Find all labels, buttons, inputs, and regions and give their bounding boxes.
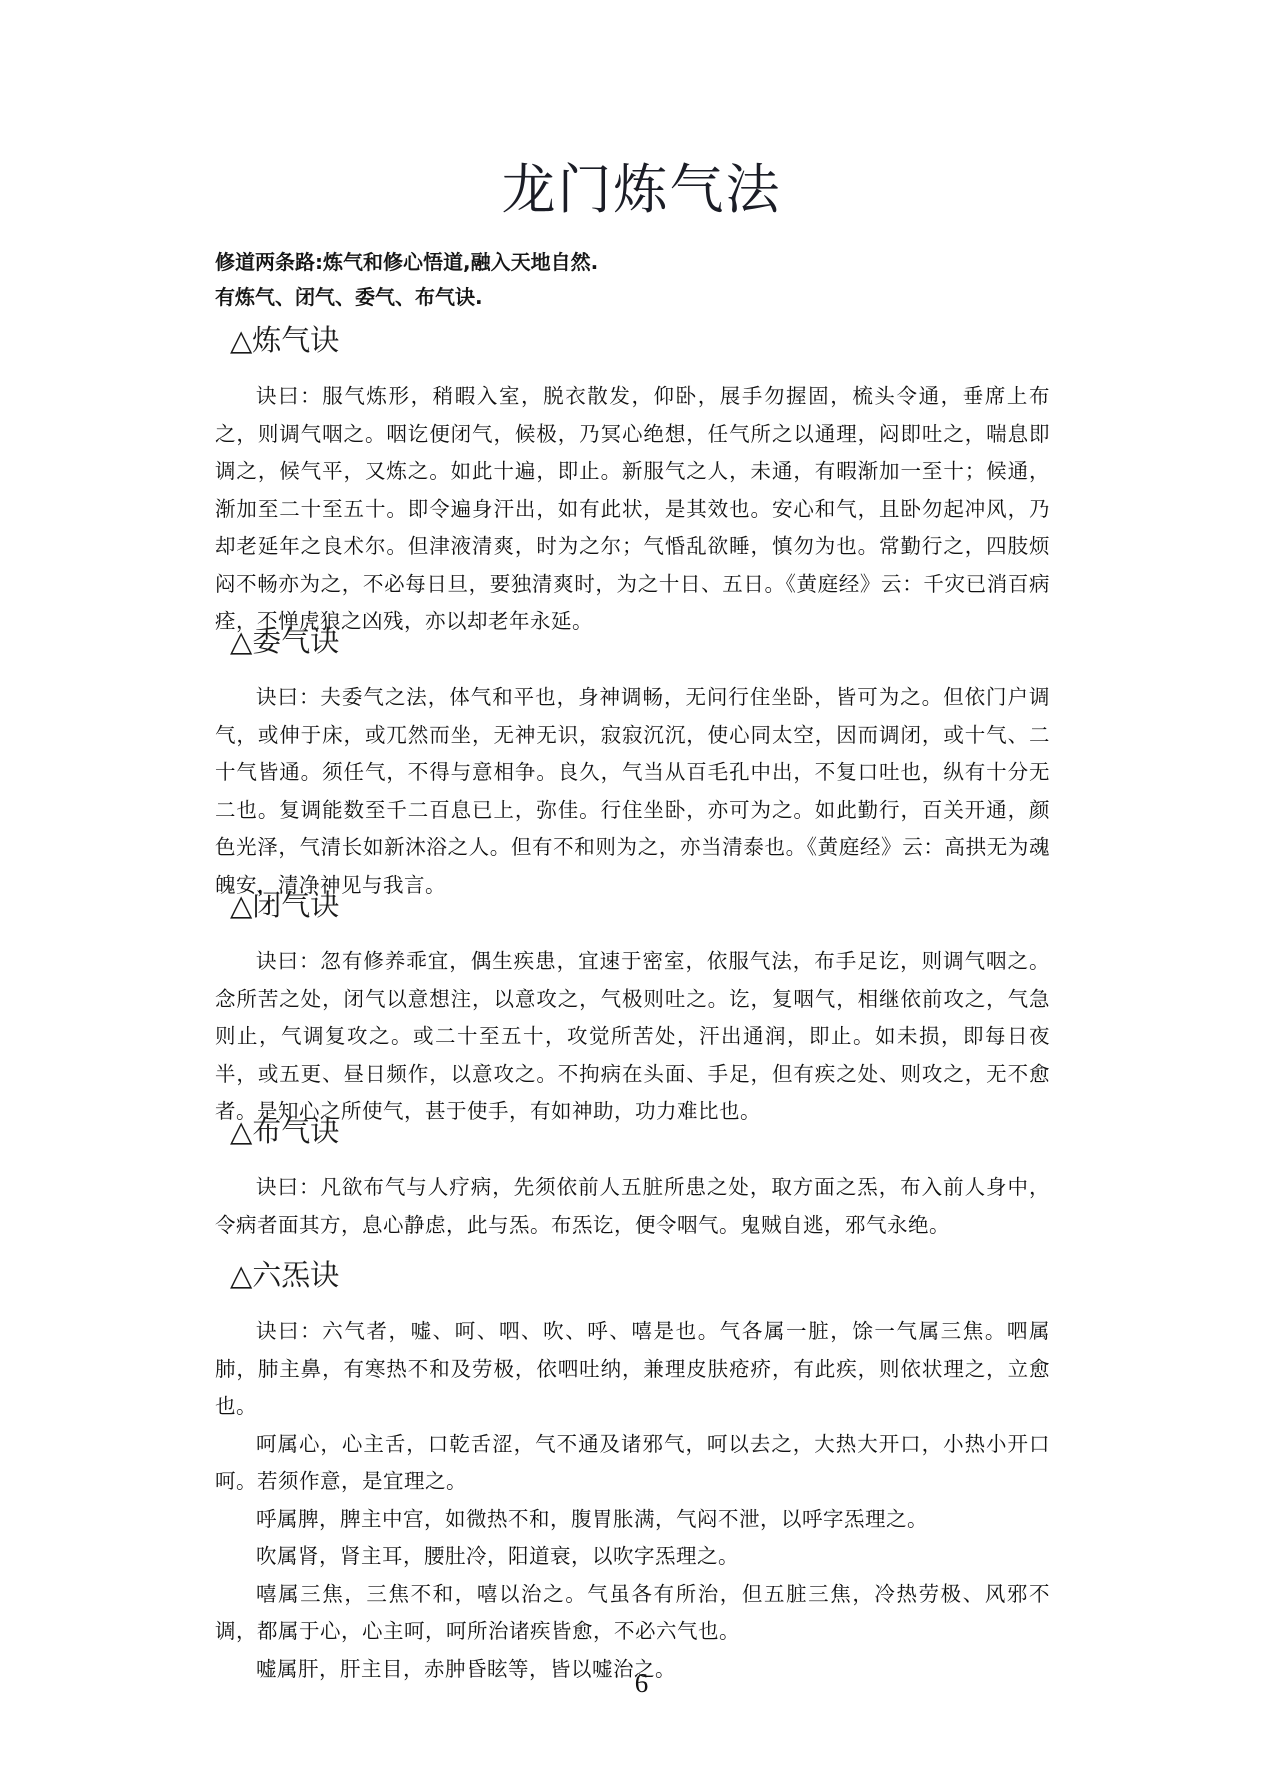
- paragraph: 诀曰：服气炼形，稍暇入室，脱衣散发，仰卧，展手勿握固，梳头令通，垂席上布之，则调…: [215, 378, 1050, 641]
- section-lianqi: △炼气诀 诀曰：服气炼形，稍暇入室，脱衣散发，仰卧，展手勿握固，梳头令通，垂席上…: [215, 320, 1050, 641]
- paragraph: 吹属肾，肾主耳，腰肚冷，阳道衰，以吹字炁理之。: [215, 1538, 1050, 1576]
- section-body: 诀曰：六气者，嘘、呵、呬、吹、呼、嘻是也。气各属一脏，馀一气属三焦。呬属肺，肺主…: [215, 1313, 1050, 1688]
- intro-line: 有炼气、闭气、委气、布气诀.: [215, 280, 1115, 315]
- document-page: 龙门炼气法 修道两条路:炼气和修心悟道,融入天地自然. 有炼气、闭气、委气、布气…: [0, 0, 1283, 1788]
- section-weiqi: △委气诀 诀曰：夫委气之法，体气和平也，身神调畅，无问行住坐卧，皆可为之。但依门…: [215, 621, 1050, 904]
- section-heading: △布气诀: [230, 1111, 1050, 1151]
- section-body: 诀曰：服气炼形，稍暇入室，脱衣散发，仰卧，展手勿握固，梳头令通，垂席上布之，则调…: [215, 378, 1050, 641]
- intro-line: 修道两条路:炼气和修心悟道,融入天地自然.: [215, 245, 1115, 280]
- page-title: 龙门炼气法: [0, 160, 1283, 220]
- intro-block: 修道两条路:炼气和修心悟道,融入天地自然. 有炼气、闭气、委气、布气诀.: [215, 245, 1115, 315]
- section-heading: △炼气诀: [230, 320, 1050, 360]
- paragraph: 嘻属三焦，三焦不和，嘻以治之。气虽各有所治，但五脏三焦，冷热劳极、风邪不调，都属…: [215, 1576, 1050, 1651]
- section-buqi: △布气诀 诀曰：凡欲布气与人疗病，先须依前人五脏所患之处，取方面之炁，布入前人身…: [215, 1111, 1050, 1244]
- paragraph: 诀曰：夫委气之法，体气和平也，身神调畅，无问行住坐卧，皆可为之。但依门户调气，或…: [215, 679, 1050, 904]
- section-liuqi: △六炁诀 诀曰：六气者，嘘、呵、呬、吹、呼、嘻是也。气各属一脏，馀一气属三焦。呬…: [215, 1255, 1050, 1688]
- paragraph: 诀曰：忽有修养乖宜，偶生疾患，宜速于密室，依服气法，布手足讫，则调气咽之。念所苦…: [215, 943, 1050, 1131]
- section-biqi: △闭气诀 诀曰：忽有修养乖宜，偶生疾患，宜速于密室，依服气法，布手足讫，则调气咽…: [215, 885, 1050, 1131]
- paragraph: 诀曰：凡欲布气与人疗病，先须依前人五脏所患之处，取方面之炁，布入前人身中，令病者…: [215, 1169, 1050, 1244]
- page-number: 6: [0, 1668, 1283, 1699]
- paragraph: 呼属脾，脾主中宫，如微热不和，腹胃胀满，气闷不泄，以呼字炁理之。: [215, 1501, 1050, 1539]
- section-heading: △六炁诀: [230, 1255, 1050, 1295]
- section-heading: △闭气诀: [230, 885, 1050, 925]
- section-heading: △委气诀: [230, 621, 1050, 661]
- paragraph: 诀曰：六气者，嘘、呵、呬、吹、呼、嘻是也。气各属一脏，馀一气属三焦。呬属肺，肺主…: [215, 1313, 1050, 1426]
- section-body: 诀曰：夫委气之法，体气和平也，身神调畅，无问行住坐卧，皆可为之。但依门户调气，或…: [215, 679, 1050, 904]
- section-body: 诀曰：忽有修养乖宜，偶生疾患，宜速于密室，依服气法，布手足讫，则调气咽之。念所苦…: [215, 943, 1050, 1131]
- section-body: 诀曰：凡欲布气与人疗病，先须依前人五脏所患之处，取方面之炁，布入前人身中，令病者…: [215, 1169, 1050, 1244]
- paragraph: 呵属心，心主舌，口乾舌涩，气不通及诸邪气，呵以去之，大热大开口，小热小开口呵。若…: [215, 1426, 1050, 1501]
